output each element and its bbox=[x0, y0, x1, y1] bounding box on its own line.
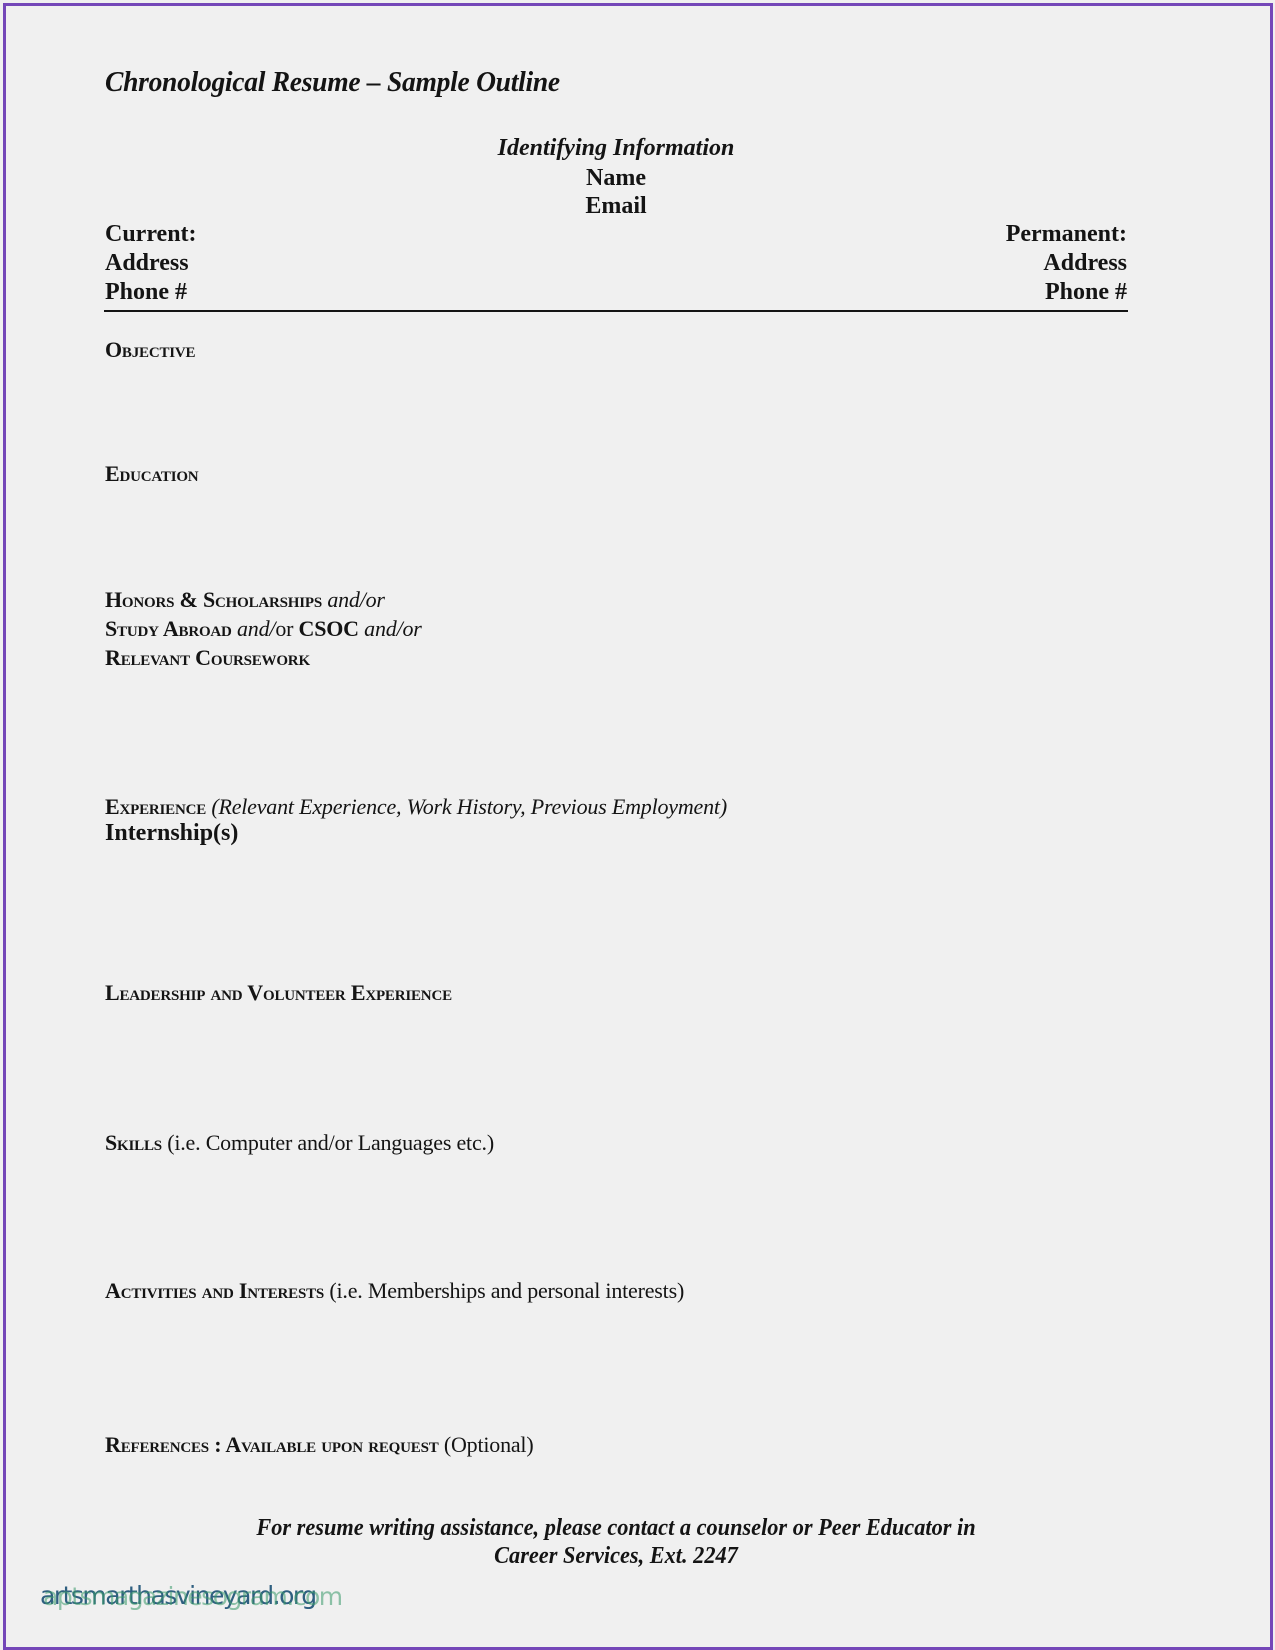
current-label: Current: bbox=[105, 220, 197, 249]
study-abroad-heading: Study Abroad bbox=[105, 616, 232, 641]
csoc-andor: and/or bbox=[359, 616, 422, 641]
activities-note: (i.e. Memberships and personal interests… bbox=[324, 1278, 684, 1303]
document-title: Chronological Resume – Sample Outline bbox=[105, 66, 560, 99]
section-skills: Skills (i.e. Computer and/or Languages e… bbox=[105, 1130, 494, 1156]
footer-note: For resume writing assistance, please co… bbox=[43, 1514, 1189, 1570]
current-phone: Phone # bbox=[105, 278, 197, 307]
skills-heading: Skills bbox=[105, 1130, 162, 1155]
section-honors: Honors & Scholarships and/or Study Abroa… bbox=[105, 585, 422, 672]
section-education: Education bbox=[105, 461, 198, 487]
identifying-info-heading: Identifying Information bbox=[0, 135, 1232, 162]
section-activities: Activities and Interests (i.e. Membershi… bbox=[105, 1278, 684, 1304]
study-abroad-and: and/ bbox=[232, 616, 276, 641]
name-field-label: Name bbox=[0, 165, 1232, 192]
references-value: Available upon request bbox=[221, 1432, 438, 1457]
footer-line-2: Career Services, Ext. 2247 bbox=[43, 1542, 1189, 1570]
footer-line-1: For resume writing assistance, please co… bbox=[43, 1514, 1189, 1542]
section-references: References : Available upon request (Opt… bbox=[105, 1432, 533, 1458]
references-heading: References : bbox=[105, 1432, 221, 1457]
watermark: artsmarthasvineyard.org aptsmagazinesogr… bbox=[40, 1581, 316, 1610]
experience-note: (Relevant Experience, Work History, Prev… bbox=[206, 794, 727, 819]
study-abroad-or: or bbox=[275, 616, 298, 641]
permanent-address-block: Permanent: Address Phone # bbox=[1006, 220, 1127, 307]
section-leadership: Leadership and Volunteer Experience bbox=[105, 980, 452, 1006]
current-address-block: Current: Address Phone # bbox=[105, 220, 197, 307]
honors-andor: and/or bbox=[322, 587, 385, 612]
honors-heading: Honors & Scholarships bbox=[105, 587, 322, 612]
internships-subheading: Internship(s) bbox=[105, 820, 238, 847]
references-note: (Optional) bbox=[439, 1432, 534, 1457]
csoc-heading: CSOC bbox=[299, 616, 359, 641]
relevant-coursework-heading: Relevant Coursework bbox=[105, 645, 310, 670]
section-objective: Objective bbox=[105, 337, 195, 363]
skills-note: (i.e. Computer and/or Languages etc.) bbox=[162, 1130, 494, 1155]
current-address: Address bbox=[105, 249, 197, 278]
header-divider bbox=[104, 310, 1128, 312]
permanent-address: Address bbox=[1006, 249, 1127, 278]
email-field-label: Email bbox=[0, 193, 1232, 220]
watermark-ghost-text: aptsmagazinesogram.com bbox=[43, 1582, 342, 1611]
experience-heading: Experience bbox=[105, 794, 206, 819]
section-experience: Experience (Relevant Experience, Work Hi… bbox=[105, 794, 727, 820]
activities-heading: Activities and Interests bbox=[105, 1278, 324, 1303]
permanent-phone: Phone # bbox=[1006, 278, 1127, 307]
permanent-label: Permanent: bbox=[1006, 220, 1127, 249]
